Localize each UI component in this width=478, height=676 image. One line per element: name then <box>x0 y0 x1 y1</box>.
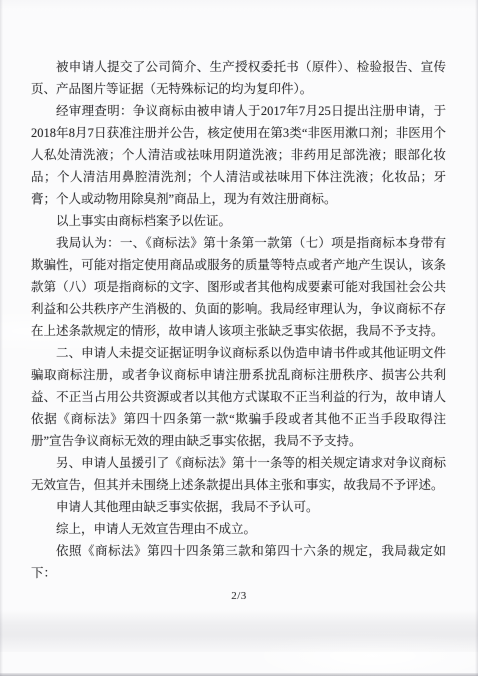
scan-edge-left <box>0 0 3 676</box>
paragraph-ruling-basis: 依照《商标法》第四十四条第三款和第四十六条的规定，我局裁定如下： <box>31 540 446 584</box>
paragraph-conclusion: 综上，申请人无效宣告理由不成立。 <box>31 518 446 540</box>
paragraph-facts-corroborated: 以上事实由商标档案予以佐证。 <box>31 210 446 232</box>
scanned-document-page: 被申请人提交了公司简介、生产授权委托书（原件）、检验报告、宣传页、产品图片等证据… <box>0 0 478 676</box>
paragraph-opinion-article11: 另、申请人虽援引了《商标法》第十一条等的相关规定请求对争议商标无效宣告，但其并未… <box>31 452 446 496</box>
paragraph-opinion-article44: 二、申请人未提交证据证明争议商标系以伪造申请书件或其他证明文件骗取商标注册，或者… <box>31 342 446 452</box>
paragraph-evidence-submitted: 被申请人提交了公司简介、生产授权委托书（原件）、检验报告、宣传页、产品图片等证据… <box>31 56 446 100</box>
page-number: 2/3 <box>0 590 478 602</box>
paragraph-findings-of-fact: 经审理查明：争议商标由被申请人于2017年7月25日提出注册申请，于2018年8… <box>31 100 446 210</box>
paragraph-opinion-article10: 我局认为：一、《商标法》第十条第一款第（七）项是指商标本身带有欺骗性，可能对指定… <box>31 232 446 342</box>
scan-shadow-band <box>0 610 478 652</box>
paragraph-other-grounds: 申请人其他理由缺乏事实依据，我局不予认可。 <box>31 496 446 518</box>
body-text: 被申请人提交了公司简介、生产授权委托书（原件）、检验报告、宣传页、产品图片等证据… <box>31 56 446 584</box>
